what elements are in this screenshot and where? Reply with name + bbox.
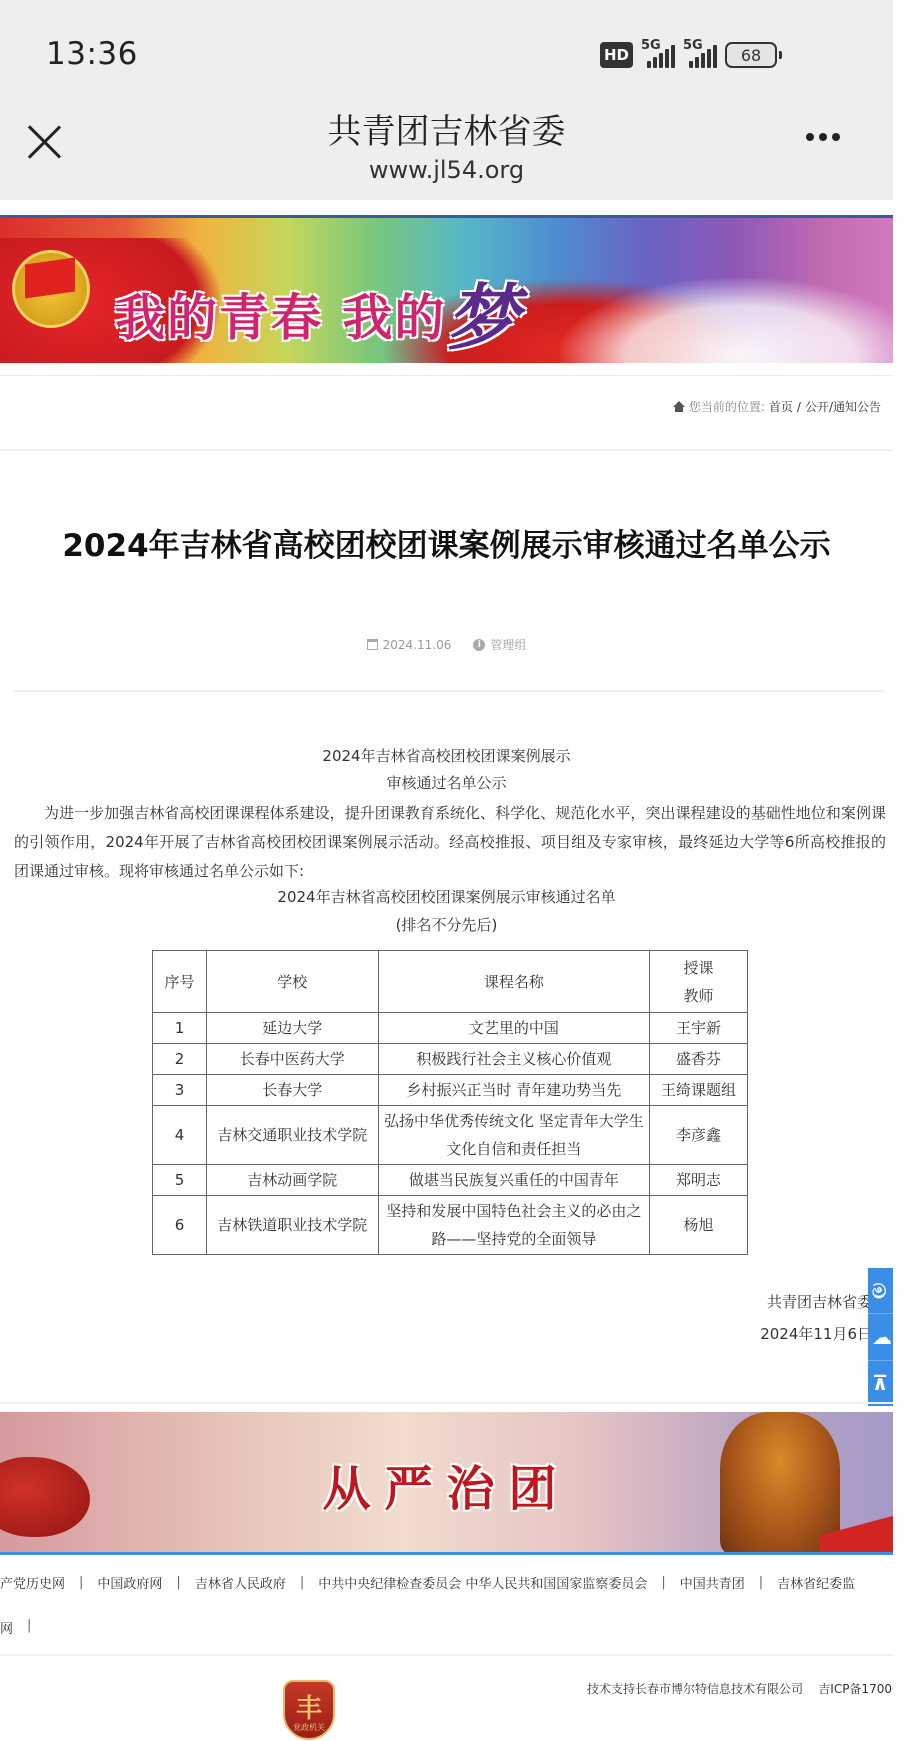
banner-slogan: 我的青春 我的梦	[115, 260, 520, 363]
breadcrumb: 您当前的位置: 首页 / 公开/通知公告	[673, 398, 881, 415]
footer-link[interactable]: 中国共青团	[680, 1573, 745, 1592]
signal-icon-2: 5G	[683, 42, 717, 68]
status-icons: HD 5G 5G 68	[600, 40, 777, 70]
footer-link[interactable]: 中共中央纪律检查委员会 中华人民共和国国家监察委员会	[318, 1573, 647, 1592]
footer-link[interactable]: 网	[0, 1618, 13, 1637]
divider	[0, 449, 893, 451]
body-heading-1: 2024年吉林省高校团校团课案例展示	[0, 745, 893, 766]
discipline-banner[interactable]: 从严治团	[0, 1412, 893, 1555]
table-row: 4 吉林交通职业技术学院 弘扬中华优秀传统文化 坚定青年大学生文化自信和责任担当…	[153, 1106, 748, 1165]
status-time: 13:36	[46, 36, 138, 72]
footer-link[interactable]: 吉林省纪委监	[777, 1573, 855, 1592]
divider	[0, 1654, 893, 1656]
calendar-icon	[367, 639, 378, 650]
footer-info: 技术支持长春市博尔特信息技术有限公司 吉ICP备1700088	[587, 1680, 893, 1697]
tech-support-text: 技术支持长春市博尔特信息技术有限公司	[587, 1682, 803, 1696]
body-paragraph: 为进一步加强吉林省高校团课课程体系建设，提升团课教育系统化、科学化、规范化水平，…	[14, 799, 886, 886]
table-row: 3 长春大学 乡村振兴正当时 青年建功势当先 王绮课题组	[153, 1075, 748, 1106]
web-page: 我的青春 我的梦 您当前的位置: 首页 / 公开/通知公告 2024年吉林省高校…	[0, 200, 893, 1741]
article-author: 管理组	[490, 636, 526, 653]
article-meta: 2024.11.06 i管理组	[0, 636, 893, 653]
divider	[0, 1402, 893, 1404]
footer-links-row2: 网|	[0, 1618, 31, 1637]
col-header-school: 学校	[206, 951, 378, 1013]
back-to-top-icon: ⊼	[872, 1371, 888, 1395]
divider	[14, 690, 884, 692]
body-heading-2: 审核通过名单公示	[0, 772, 893, 793]
col-header-no: 序号	[153, 951, 207, 1013]
party-government-logo[interactable]: 党政机关	[283, 1680, 335, 1740]
signal-icon-1: 5G	[641, 42, 675, 68]
page-edge	[893, 0, 912, 1741]
breadcrumb-home[interactable]: 首页	[769, 398, 793, 415]
weibo-icon: ම	[872, 1279, 886, 1303]
header-banner: 我的青春 我的梦	[0, 215, 893, 363]
signature-org: 共青团吉林省委	[672, 1286, 872, 1318]
col-header-course: 课程名称	[378, 951, 650, 1013]
breadcrumb-bar: 您当前的位置: 首页 / 公开/通知公告	[0, 375, 893, 425]
breadcrumb-notice[interactable]: 公开/通知公告	[805, 398, 881, 415]
info-icon: i	[473, 639, 485, 651]
back-to-top-button[interactable]: ⊼	[868, 1361, 893, 1406]
table-row: 6 吉林铁道职业技术学院 坚持和发展中国特色社会主义的必由之路——坚持党的全面领…	[153, 1196, 748, 1255]
wechat-share-button[interactable]: ☁	[868, 1314, 893, 1360]
lion-statue-graphic	[720, 1412, 840, 1555]
footer-links: 产党历史网| 中国政府网| 吉林省人民政府| 中共中央纪律检查委员会 中华人民共…	[0, 1573, 893, 1592]
signature: 共青团吉林省委 2024年11月6日	[672, 1286, 872, 1350]
footer-link[interactable]: 吉林省人民政府	[195, 1573, 286, 1592]
share-bar: ම ☁ ⊼	[868, 1268, 893, 1406]
table-row: 5 吉林动画学院 做堪当民族复兴重任的中国青年 郑明志	[153, 1165, 748, 1196]
table-header-row: 序号 学校 课程名称 授课教师	[153, 951, 748, 1013]
signature-date: 2024年11月6日	[672, 1318, 872, 1350]
app-header: 13:36 HD 5G 5G 68 共青团吉林省委 www.jl54.org	[0, 0, 893, 200]
youth-league-emblem-icon	[12, 250, 90, 328]
battery-icon: 68	[725, 42, 777, 68]
table-row: 2 长春中医药大学 积极践行社会主义核心价值观 盛香芬	[153, 1044, 748, 1075]
col-header-teacher: 授课教师	[650, 951, 748, 1013]
more-options-button[interactable]	[806, 133, 840, 141]
list-note: (排名不分先后)	[0, 914, 893, 935]
wechat-icon: ☁	[872, 1325, 892, 1349]
page-url: www.jl54.org	[0, 156, 893, 184]
table-row: 1 延边大学 文艺里的中国 王宇新	[153, 1013, 748, 1044]
home-icon	[673, 401, 685, 412]
hd-voice-icon: HD	[600, 42, 633, 68]
list-title: 2024年吉林省高校团校团课案例展示审核通过名单	[0, 886, 893, 907]
page-title: 共青团吉林省委	[0, 104, 893, 153]
article-date: 2024.11.06	[383, 638, 452, 652]
footer-link[interactable]: 中国政府网	[97, 1573, 162, 1592]
icp-number[interactable]: 吉ICP备1700088	[818, 1682, 893, 1696]
footer-link[interactable]: 产党历史网	[0, 1573, 65, 1592]
article-title: 2024年吉林省高校团校团课案例展示审核通过名单公示	[0, 520, 893, 565]
weibo-share-button[interactable]: ම	[868, 1268, 893, 1314]
approved-list-table: 序号 学校 课程名称 授课教师 1 延边大学 文艺里的中国 王宇新 2 长春中医…	[152, 950, 748, 1255]
